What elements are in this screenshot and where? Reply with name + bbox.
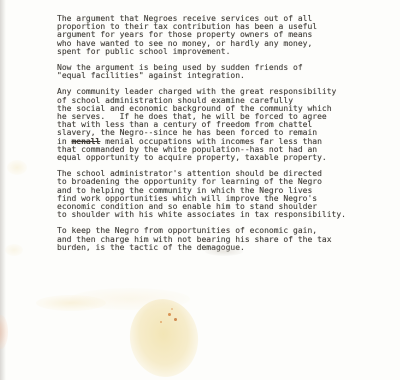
- text-line: burden, is the tactic of the demagogue.: [57, 244, 357, 252]
- document-page: The argument that Negroes receive servic…: [0, 0, 400, 380]
- stain-speckle: [171, 308, 173, 310]
- text-line: to shoulder with his white associates in…: [57, 211, 357, 219]
- paper-stain-smudge: [36, 295, 106, 311]
- paper-stain-warm: [70, 288, 190, 310]
- text-line: spent for public school improvement.: [57, 48, 357, 56]
- typewritten-text-block: The argument that Negroes receive servic…: [57, 15, 357, 260]
- paper-stain-large: [125, 295, 203, 380]
- text-line: equal opportunity to acquire property, t…: [57, 154, 357, 162]
- paper-stain-pink: [0, 315, 8, 349]
- paragraph: The school administrator's attention sho…: [57, 170, 357, 219]
- paragraph: The argument that Negroes receive servic…: [57, 15, 357, 56]
- text-line: "equal facilities" against integration.: [57, 72, 357, 80]
- paper-stain-small: [7, 160, 27, 175]
- paper-left-edge-shadow: [0, 0, 7, 380]
- paragraph: Any community leader charged with the gr…: [57, 88, 357, 162]
- paper-stain-small: [5, 244, 23, 256]
- stain-speckle: [160, 321, 162, 323]
- stain-speckle: [168, 313, 171, 316]
- stain-speckle: [174, 318, 177, 321]
- paragraph: To keep the Negro from opportunities of …: [57, 227, 357, 252]
- paragraph: Now the argument is being used by sudden…: [57, 64, 357, 80]
